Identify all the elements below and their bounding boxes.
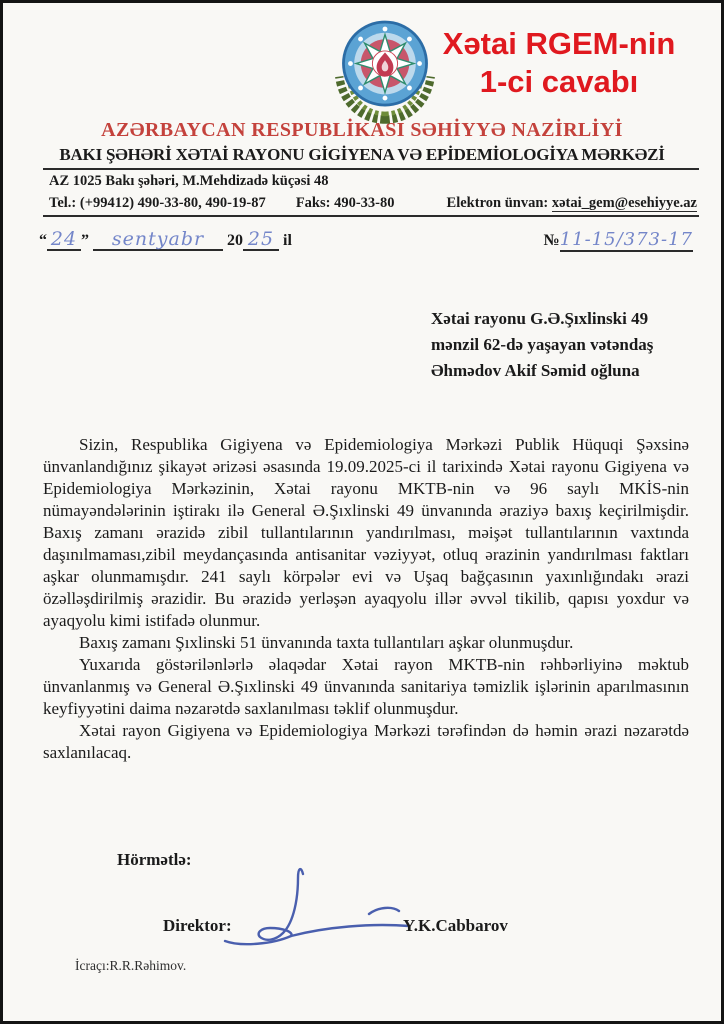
letterhead-divider-bottom	[43, 215, 699, 217]
year-prefix: 20	[227, 232, 243, 249]
handwritten-month: sentyabr	[93, 229, 223, 251]
red-annotation-overlay: Xətai RGEM-nin 1-ci cavabı	[419, 25, 699, 101]
signer-name: Y.K.Cabbarov	[403, 916, 508, 936]
scanned-letter-page: Xətai RGEM-nin 1-ci cavabı AZƏRBAYCAN RE…	[0, 0, 724, 1024]
handwritten-signature-ink	[211, 864, 426, 954]
annotation-line-1: Xətai RGEM-nin	[419, 25, 699, 63]
body-paragraph: Xətai rayon Gigiyena və Epidemiologiya M…	[43, 720, 689, 764]
handwritten-number: 11-15/373-17	[560, 230, 693, 252]
recipient-block: Xətai rayonu G.Ə.Şıxlinski 49 mənzil 62-…	[431, 306, 701, 384]
handwritten-day: 24	[47, 229, 81, 251]
quote-close: ”	[81, 232, 89, 249]
date-field: “24” sentyabr 2025 il	[39, 229, 292, 251]
annotation-line-2: 1-ci cavabı	[419, 63, 699, 101]
executor-line: İcraçı:R.R.Rəhimov.	[75, 958, 721, 974]
signature-row: Direktor: Y.K.Cabbarov	[163, 916, 721, 942]
recipient-line: Xətai rayonu G.Ə.Şıxlinski 49	[431, 306, 701, 332]
address-line: AZ 1025 Bakı şəhəri, M.Mehdizadə küçəsi …	[49, 173, 697, 190]
quote-open: “	[39, 232, 47, 249]
recipient-line: Əhmədov Akif Səmid oğluna	[431, 358, 701, 384]
letterhead-divider-top	[43, 168, 699, 170]
phone-numbers: Tel.: (+99412) 490-33-80, 490-19-87	[49, 195, 296, 212]
body-paragraph: Baxış zamanı Şıxlinski 51 ünvanında taxt…	[43, 632, 689, 654]
year-suffix: il	[283, 232, 292, 249]
recipient-line: mənzil 62-də yaşayan vətəndaş	[431, 332, 701, 358]
number-label: №	[544, 232, 560, 249]
body-paragraph: Yuxarıda göstərilənlərlə əlaqədar Xətai …	[43, 654, 689, 720]
email-block: Elektron ünvan: xətai_gem@esehiyye.az	[447, 195, 697, 212]
organization-name: BAKI ŞƏHƏRİ XƏTAİ RAYONU GİGİYENA VƏ EPİ…	[3, 145, 721, 165]
body-paragraph: Sizin, Respublika Gigiyena və Epidemiolo…	[43, 434, 689, 632]
handwritten-year: 25	[243, 229, 279, 251]
document-number-field: №11-15/373-17	[544, 230, 693, 252]
email-label: Elektron ünvan:	[447, 195, 549, 211]
contact-row: Tel.: (+99412) 490-33-80, 490-19-87 Faks…	[49, 195, 697, 212]
date-number-row: “24” sentyabr 2025 il №11-15/373-17	[39, 229, 693, 252]
email-address: xətai_gem@esehiyye.az	[552, 195, 697, 212]
letter-body: Sizin, Respublika Gigiyena və Epidemiolo…	[43, 434, 689, 764]
fax-number: Faks: 490-33-80	[296, 195, 447, 212]
